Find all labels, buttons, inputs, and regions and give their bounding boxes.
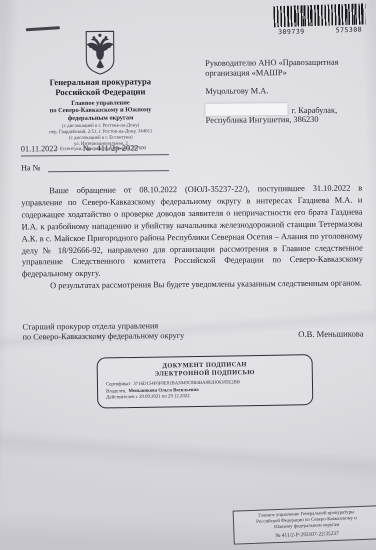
esign-certificate-value: 3716D154F6F8E81BA3049C8B4BA882D06385E2BB xyxy=(133,380,240,387)
barcode: 309739 575308 xyxy=(271,3,368,36)
signer-name: О.В. Меньшикова xyxy=(298,329,363,340)
org-name-line2: Российской Федерации xyxy=(14,87,186,98)
esign-details: Сертификат3716D154F6F8E81BA3049C8B4BA882… xyxy=(106,379,304,402)
letter-sheet: 309739 575308 Генеральная прокуратура Ро… xyxy=(0,0,376,550)
letterhead: Генеральная прокуратура Российской Федер… xyxy=(14,29,187,154)
signer-title-line2: по Северо-Кавказскому федеральному округ… xyxy=(22,331,184,342)
document-photo: 309739 575308 Генеральная прокуратура Ро… xyxy=(0,0,376,550)
recipient-block: Руководителю АНО «Правозащитная организа… xyxy=(205,57,369,126)
dept-line3: федеральным округам xyxy=(15,114,187,123)
esign-owner-value: Меньшикова Ольга Васильевна xyxy=(128,388,198,394)
electronic-signature-stamp: ДОКУМЕНТ ПОДПИСАН ЭЛЕКТРОННОЙ ПОДПИСЬЮ С… xyxy=(97,354,314,408)
letter-body: Ваше обращение от 08.10.2022 (ОЮЛ-35237-… xyxy=(21,182,363,292)
body-paragraph-2: О результатах рассмотрения Вы будете уве… xyxy=(22,278,363,293)
barcode-digits-left: 309739 xyxy=(278,27,305,36)
body-paragraph-1: Ваше обращение от 08.10.2022 (ОЮЛ-35237-… xyxy=(21,182,363,280)
reference-row: На № xyxy=(21,161,169,172)
recipient-region: Республика Ингушетия, 386230 xyxy=(206,115,369,126)
recipient-city: г. Карабулак, xyxy=(292,105,338,115)
letter-date: 01.11.2022 xyxy=(21,144,83,154)
reference-label: На № xyxy=(21,163,40,172)
recipient-name: Муцольгову М.А. xyxy=(205,85,368,96)
esign-certificate-label: Сертификат xyxy=(106,382,130,387)
signer-title: Старший прокурор отдела управления по Се… xyxy=(22,321,184,342)
number-sign: № xyxy=(83,144,91,153)
esign-owner-label: Владелец xyxy=(106,389,125,394)
recipient-org-line2: организация «МАШР» xyxy=(205,67,368,78)
barcode-digits-right: 575308 xyxy=(336,26,363,35)
coat-of-arms-icon xyxy=(83,30,117,76)
barcode-bars-icon xyxy=(273,3,366,27)
redaction-box xyxy=(206,104,288,117)
letter-number: 411/2р-2022 xyxy=(97,143,139,152)
date-and-number-block: 01.11.2022 № 411/2р-2022 На № xyxy=(21,143,169,172)
barcode-digits: 309739 575308 xyxy=(272,24,368,36)
signature-block: Старший прокурор отдела управления по Се… xyxy=(22,319,363,341)
registration-stamp: Главное управление Генеральной прокурату… xyxy=(233,505,376,544)
date-number-row: 01.11.2022 № 411/2р-2022 xyxy=(21,143,169,156)
reference-blank-line xyxy=(48,161,169,172)
